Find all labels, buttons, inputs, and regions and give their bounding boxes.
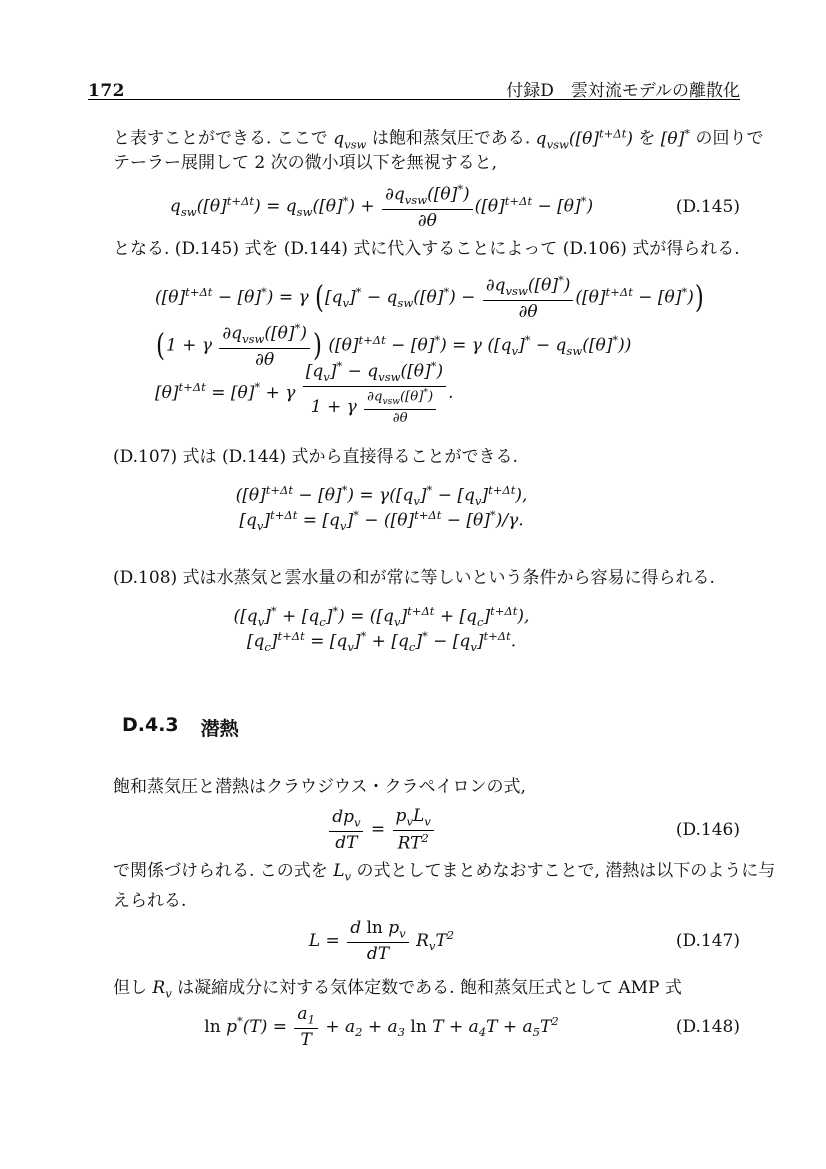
equation-number-d148: (D.148): [676, 1017, 740, 1037]
equation-d147-math: L = d ln pvdT RvT2: [309, 918, 454, 965]
equation-body-wrap: L = d ln pvdT RvT2: [88, 918, 675, 965]
paragraph-d107: (D.107) 式は (D.144) 式から直接得ることができる.: [113, 442, 758, 472]
equation-d148-math: ln p*(T) = a1T + a2 + a3 ln T + a4T + a5…: [204, 1004, 558, 1051]
equation-body-wrap: [qc]t+Δt = [qv]* + [qc]* − [qv]t+Δt.: [88, 629, 675, 654]
equation-number-d147: (D.147): [676, 931, 740, 951]
paragraph-clausius: 飽和蒸気圧と潜熱はクラウジウス・クラペイロンの式,: [113, 772, 758, 802]
equation-d108-line-2: [qc]t+Δt = [qv]* + [qc]* − [qv]t+Δt.: [88, 629, 740, 654]
text-line: (D.107) 式は (D.144) 式から直接得ることができる.: [113, 442, 758, 472]
section-heading: D.4.3 潜熱: [122, 714, 239, 741]
equation-number-d146: (D.146): [676, 820, 740, 840]
equation-d107-line-2: [qv]t+Δt = [qv]* − ([θ]t+Δt − [θ]*)/γ.: [88, 508, 740, 533]
document-page: 172 付録D 雲対流モデルの離散化 と表すことができる. ここで qvsw は…: [0, 0, 826, 1169]
paragraph-latent: で関係づけられる. この式を Lv の式としてまとめなおすことで, 潜熱は以下の…: [113, 856, 758, 916]
equation-d108-math-1: ([qv]* + [qc]*) = ([qv]t+Δt + [qc]t+Δt),: [234, 604, 530, 629]
equation-d146: dpvdT = pvLvRT2 (D.146): [88, 806, 740, 854]
section-number: D.4.3: [122, 714, 179, 741]
equation-body-wrap: [qv]t+Δt = [qv]* − ([θ]t+Δt − [θ]*)/γ.: [88, 508, 675, 533]
equation-body-wrap: ([θ]t+Δt − [θ]*) = γ([qv]* − [qv]t+Δt),: [88, 483, 675, 508]
header-rule: [88, 99, 740, 100]
paragraph-amp: 但し Rv は凝縮成分に対する気体定数である. 飽和蒸気圧式として AMP 式: [113, 973, 758, 1003]
text-line: 飽和蒸気圧と潜熱はクラウジウス・クラペイロンの式,: [113, 772, 758, 802]
equation-d147: L = d ln pvdT RvT2 (D.147): [88, 918, 740, 965]
text-line: えられる.: [113, 886, 758, 916]
equation-d107-math-1: ([θ]t+Δt − [θ]*) = γ([qv]* − [qv]t+Δt),: [236, 483, 528, 508]
text-line: テーラー展開して 2 次の微小項以下を無視すると,: [113, 148, 758, 178]
section-title: 潜熱: [201, 714, 239, 741]
text-line: と表すことができる. ここで qvsw は飽和蒸気圧である. qvsw([θ]t…: [113, 118, 758, 148]
equation-d148: ln p*(T) = a1T + a2 + a3 ln T + a4T + a5…: [88, 1004, 740, 1051]
derivation-line-1: ([θ]t+Δt − [θ]*) = γ ([qv]* − qsw([θ]*) …: [155, 274, 705, 322]
equation-d146-math: dpvdT = pvLvRT2: [327, 806, 436, 854]
equation-d108-line-1: ([qv]* + [qc]*) = ([qv]t+Δt + [qc]t+Δt),: [88, 604, 740, 629]
equation-d145-math: qsw([θ]t+Δt) = qsw([θ]*) + ∂qvsw([θ]*)∂θ…: [170, 183, 593, 231]
text-line: となる. (D.145) 式を (D.144) 式に代入することによって (D.…: [113, 234, 758, 264]
derivation-line-3: [θ]t+Δt = [θ]* + γ [qv]* − qvsw([θ]*)1 +…: [155, 360, 453, 427]
equation-d107-math-2: [qv]t+Δt = [qv]* − ([θ]t+Δt − [θ]*)/γ.: [239, 508, 523, 533]
chapter-title: 付録D 雲対流モデルの離散化: [506, 76, 740, 101]
text-line: で関係づけられる. この式を Lv の式としてまとめなおすことで, 潜熱は以下の…: [113, 856, 758, 886]
equation-body-wrap: ln p*(T) = a1T + a2 + a3 ln T + a4T + a5…: [88, 1004, 675, 1051]
text-line: 但し Rv は凝縮成分に対する気体定数である. 飽和蒸気圧式として AMP 式: [113, 973, 758, 1003]
equation-d108-math-2: [qc]t+Δt = [qv]* + [qc]* − [qv]t+Δt.: [247, 629, 516, 654]
page-number: 172: [88, 81, 125, 101]
paragraph-intro: と表すことができる. ここで qvsw は飽和蒸気圧である. qvsw([θ]t…: [113, 118, 758, 178]
running-header: 172 付録D 雲対流モデルの離散化: [88, 76, 740, 101]
equation-d107-line-1: ([θ]t+Δt − [θ]*) = γ([qv]* − [qv]t+Δt),: [88, 483, 740, 508]
paragraph-substitute: となる. (D.145) 式を (D.144) 式に代入することによって (D.…: [113, 234, 758, 264]
equation-body-wrap: dpvdT = pvLvRT2: [88, 806, 675, 854]
equation-body-wrap: ([qv]* + [qc]*) = ([qv]t+Δt + [qc]t+Δt),: [88, 604, 675, 629]
equation-body-wrap: qsw([θ]t+Δt) = qsw([θ]*) + ∂qvsw([θ]*)∂θ…: [88, 183, 675, 231]
equation-d145: qsw([θ]t+Δt) = qsw([θ]*) + ∂qvsw([θ]*)∂θ…: [88, 183, 740, 231]
equation-number-d145: (D.145): [676, 197, 740, 217]
paragraph-d108: (D.108) 式は水蒸気と雲水量の和が常に等しいという条件から容易に得られる.: [113, 563, 758, 593]
text-line: (D.108) 式は水蒸気と雲水量の和が常に等しいという条件から容易に得られる.: [113, 563, 758, 593]
